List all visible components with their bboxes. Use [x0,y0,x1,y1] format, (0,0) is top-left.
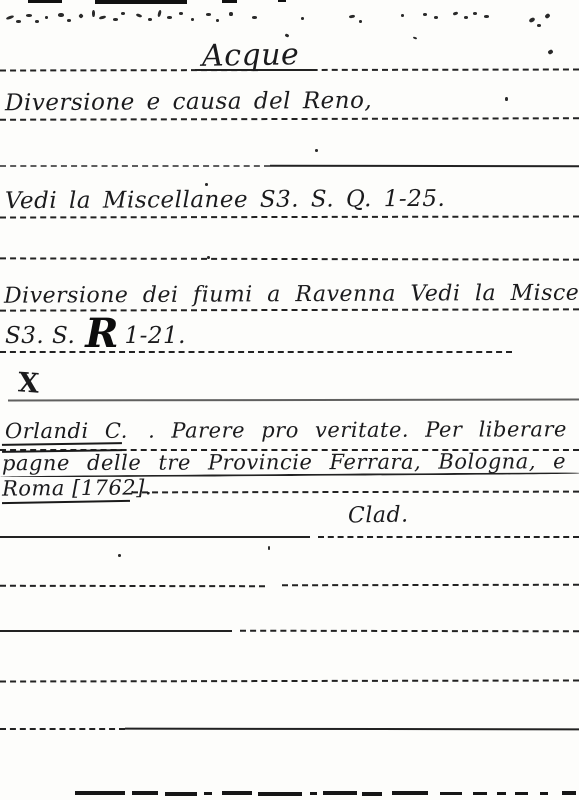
entry-ravenna-reference: S3. S.R1-21. [5,324,186,348]
shelfmark-range: 1-21. [125,323,186,349]
bottom-cutoff-artifact [473,792,487,795]
scan-noise-speck [268,546,270,550]
scan-noise-speck [136,13,143,18]
ruled-line [8,399,579,402]
scan-noise-speck [179,12,183,15]
catalog-card: Acque Diversione e causa del Reno, Vedi … [0,0,579,800]
ruled-line [240,630,579,633]
shelfmark-prefix: S3. S. [5,323,75,349]
ruled-line [0,117,579,121]
scan-noise-speck [216,19,219,22]
scan-noise-speck [464,16,468,19]
scan-noise-speck [58,13,64,17]
scan-edge-artifact [95,0,187,4]
roma-underline [2,500,130,504]
bottom-cutoff-artifact [222,791,252,795]
scan-noise-speck [484,15,489,18]
scan-noise-speck [537,24,541,27]
scan-noise-speck [453,11,459,16]
bottom-cutoff-artifact [310,792,317,795]
bottom-cutoff-artifact [562,791,576,795]
scan-noise-speck [301,17,304,20]
scan-noise-speck [148,18,152,21]
bottom-cutoff-artifact [75,791,125,795]
entry-reno-heading: Diversione e causa del Reno, [5,89,372,116]
scan-noise-speck [505,97,508,101]
scan-noise-speck [413,36,417,39]
orlandi-title-part: . Parere pro veritate. Per liberare le C… [148,417,579,443]
orlandi-entry-line1: Orlandi C. . Parere pro veritate. Per li… [5,418,579,442]
scan-noise-speck [35,20,39,23]
bottom-cutoff-artifact [515,792,528,795]
bottom-cutoff-artifact [258,792,302,796]
scan-edge-artifact [28,0,62,3]
ruled-line [0,728,125,730]
ruled-line [0,215,579,218]
ruled-line [132,491,579,494]
scan-noise-speck [191,18,194,21]
card-title: Acque [202,39,300,72]
bottom-cutoff-artifact [165,792,197,796]
scan-noise-speck [349,15,355,19]
bottom-cutoff-artifact [323,791,357,795]
scan-noise-speck [528,17,535,23]
scan-noise-speck [473,12,477,15]
orlandi-entry-line2: pagne delle tre Provincie Ferrara, Bolog… [2,450,579,474]
bottom-cutoff-artifact [362,792,382,796]
ruled-line [0,585,265,587]
scan-noise-speck [423,13,427,16]
scan-noise-speck [547,49,553,55]
cataloger-signature: Clad. [348,503,409,527]
orlandi-author: Orlandi C. [5,419,128,443]
scan-noise-speck [78,13,84,19]
bottom-cutoff-artifact [132,791,158,795]
scan-noise-speck [113,18,118,21]
ruled-line [0,630,232,632]
scan-noise-speck [315,149,318,152]
scan-noise-speck [16,20,21,23]
scan-noise-speck [434,16,438,19]
scan-noise-speck [92,10,95,17]
bottom-cutoff-artifact [497,792,506,795]
entry-reno-reference: Vedi la Miscellanee S3. S. Q. 1-25. [5,187,445,213]
ruled-line [0,257,579,260]
scan-noise-speck [26,14,32,17]
ruled-line [0,536,310,538]
scan-noise-speck [544,13,550,19]
scan-noise-speck [206,13,211,16]
scan-noise-speck [252,16,257,19]
entry-ravenna-heading: Diversione dei fiumi a Ravenna Vedi la M… [4,281,579,307]
ruled-line [125,728,579,731]
scan-noise-speck [207,256,210,259]
bottom-cutoff-artifact [392,791,428,795]
ruled-line [0,679,579,682]
scan-noise-speck [121,12,125,15]
scan-noise-speck [359,20,362,23]
scan-noise-speck [229,12,233,16]
scan-noise-speck [167,16,172,19]
bottom-cutoff-artifact [540,792,548,795]
scan-noise-speck [157,10,162,18]
shelfmark-letter: R [75,310,124,357]
scan-noise-speck [205,183,208,186]
scan-noise-speck [67,19,71,22]
scan-noise-speck [45,16,48,19]
scan-edge-artifact [278,0,286,2]
ruled-line [282,584,579,587]
ruled-line [318,536,579,538]
scan-edge-artifact [222,0,237,3]
bottom-cutoff-artifact [440,792,462,795]
orlandi-entry-line3: Roma [1762]. [2,476,152,499]
scan-noise-speck [6,15,15,21]
ruled-line [0,165,270,167]
cross-mark: X [17,369,40,399]
bottom-cutoff-artifact [204,792,212,795]
scan-noise-speck [118,554,121,557]
ruled-line [270,165,579,168]
scan-noise-speck [99,15,107,20]
scan-noise-speck [401,14,404,17]
